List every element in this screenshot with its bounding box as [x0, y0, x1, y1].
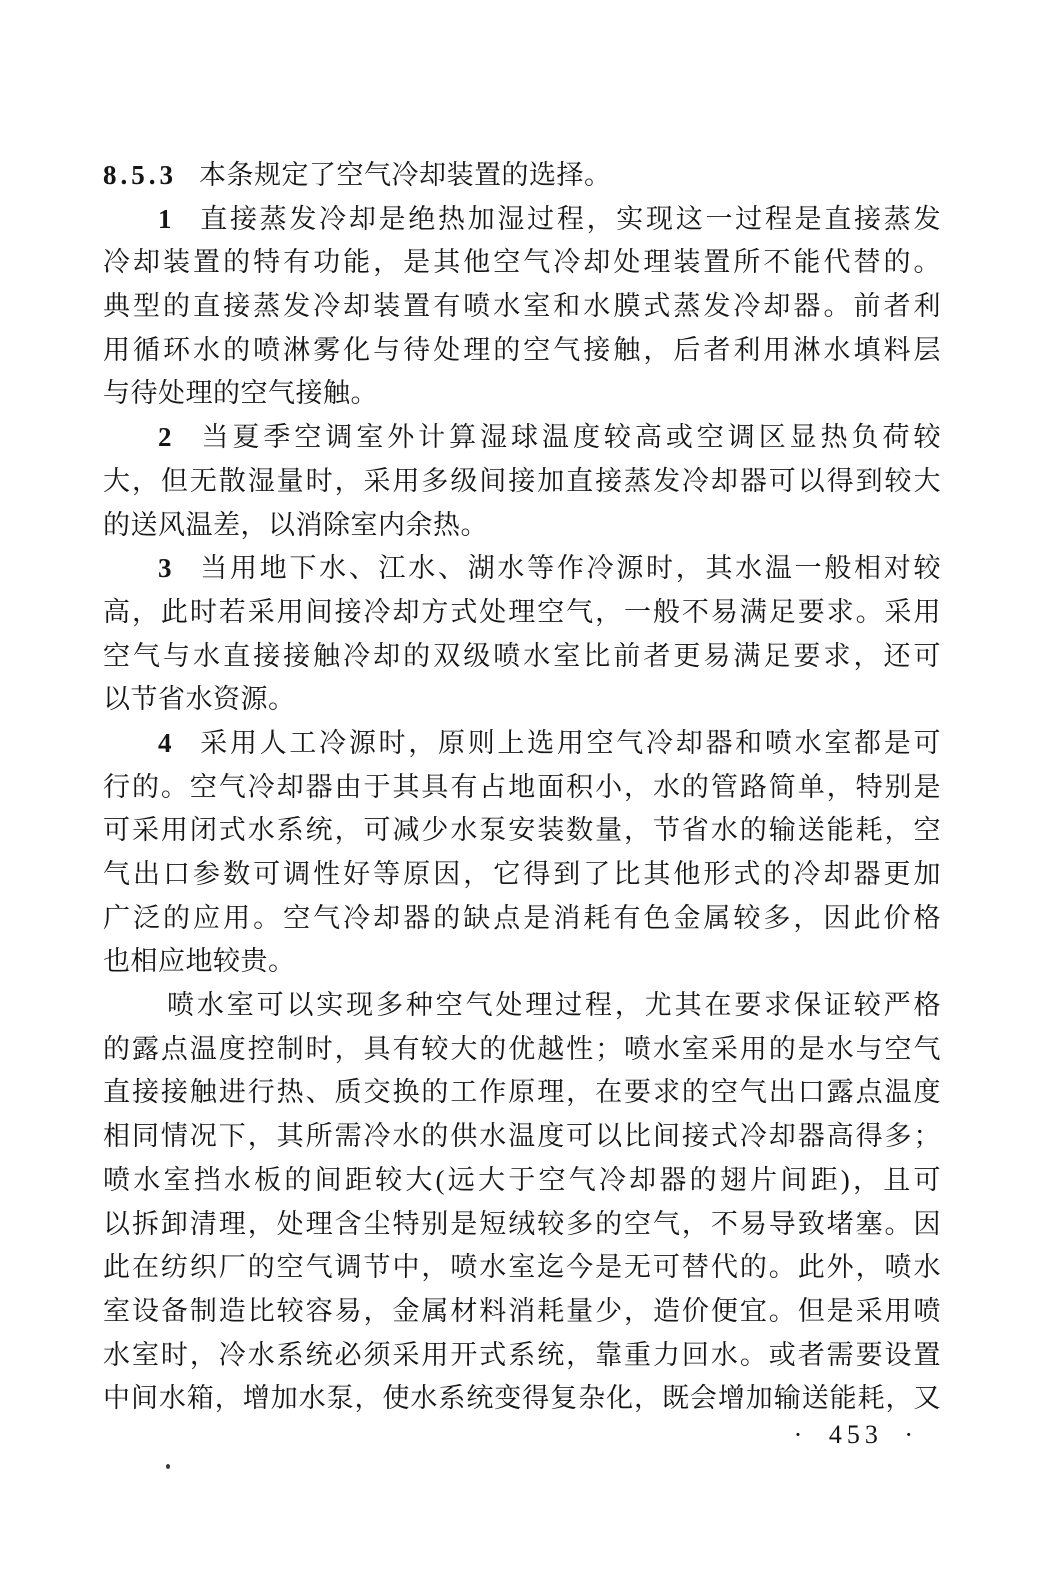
text-line: 大，但无散湿量时，采用多级间接加直接蒸发冷却器可以得到较大	[103, 460, 941, 504]
text-line: 喷水室挡水板的间距较大(远大于空气冷却器的翅片间距)，且可	[103, 1159, 941, 1203]
text-line: 气出口参数可调性好等原因，它得到了比其他形式的冷却器更加	[103, 853, 941, 897]
line-text: 直接接触进行热、质交换的工作原理，在要求的空气出口露点温度	[103, 1077, 941, 1107]
line-text: 以节省水资源。	[103, 684, 296, 714]
page-number: · 453 ·	[794, 1420, 918, 1450]
line-text: 行的。空气冷却器由于其具有占地面积小，水的管路简单，特别是	[103, 772, 941, 802]
line-text: 的露点温度控制时，具有较大的优越性；喷水室采用的是水与空气	[103, 1034, 941, 1064]
text-line: 室设备制造比较容易，金属材料消耗量少，造价便宜。但是采用喷	[103, 1290, 941, 1334]
text-line: 2当夏季空调室外计算湿球温度较高或空调区显热负荷较	[103, 416, 941, 460]
text-line: 此在纺织厂的空气调节中，喷水室迄今是无可替代的。此外，喷水	[103, 1246, 941, 1290]
text-line: 以节省水资源。	[103, 678, 941, 722]
line-text: 喷水室可以实现多种空气处理过程，尤其在要求保证较严格	[167, 990, 941, 1020]
text-line: 直接接触进行热、质交换的工作原理，在要求的空气出口露点温度	[103, 1071, 941, 1115]
text-line: 水室时，冷水系统必须采用开式系统，靠重力回水。或者需要设置	[103, 1334, 941, 1378]
line-text: 当用地下水、江水、湖水等作冷源时，其水温一般相对较	[198, 553, 941, 583]
item-number: 2	[158, 422, 172, 452]
line-text: 高，此时若采用间接冷却方式处理空气，一般不易满足要求。采用	[103, 597, 941, 627]
line-text: 广泛的应用。空气冷却器的缺点是消耗有色金属较多，因此价格	[103, 903, 941, 933]
item-number: 4	[158, 728, 172, 758]
text-line: 冷却装置的特有功能，是其他空气冷却处理装置所不能代替的。	[103, 241, 941, 285]
line-text: 此在纺织厂的空气调节中，喷水室迄今是无可替代的。此外，喷水	[103, 1252, 941, 1282]
line-text: 空气与水直接接触冷却的双级喷水室比前者更易满足要求，还可	[103, 641, 941, 671]
text-line: 可采用闭式水系统，可减少水泵安装数量，节省水的输送能耗，空	[103, 809, 941, 853]
line-text: 采用人工冷源时，原则上选用空气冷却器和喷水室都是可	[198, 728, 941, 758]
text-line: 以拆卸清理，处理含尘特别是短绒较多的空气，不易导致堵塞。因	[103, 1203, 941, 1247]
text-line: 中间水箱，增加水泵，使水系统变得复杂化，既会增加输送能耗，又	[103, 1377, 941, 1421]
text-line: 1直接蒸发冷却是绝热加湿过程，实现这一过程是直接蒸发	[103, 198, 941, 242]
line-text: 当夏季空调室外计算湿球温度较高或空调区显热负荷较	[198, 422, 941, 452]
line-text: 大，但无散湿量时，采用多级间接加直接蒸发冷却器可以得到较大	[103, 466, 941, 496]
section-heading-line: 8.5.3本条规定了空气冷却装置的选择。	[103, 154, 941, 198]
line-text: 与待处理的空气接触。	[103, 378, 378, 408]
line-text: 直接蒸发冷却是绝热加湿过程，实现这一过程是直接蒸发	[198, 204, 941, 234]
line-text: 本条规定了空气冷却装置的选择。	[199, 160, 612, 190]
line-text: 气出口参数可调性好等原因，它得到了比其他形式的冷却器更加	[103, 859, 941, 889]
scan-speck	[166, 1464, 170, 1469]
line-text: 水室时，冷水系统必须采用开式系统，靠重力回水。或者需要设置	[103, 1340, 941, 1370]
line-text: 的送风温差，以消除室内余热。	[103, 510, 488, 540]
section-number: 8.5.3	[103, 160, 177, 190]
text-line: 也相应地较贵。	[103, 940, 941, 984]
text-line: 4采用人工冷源时，原则上选用空气冷却器和喷水室都是可	[103, 722, 941, 766]
line-text: 喷水室挡水板的间距较大(远大于空气冷却器的翅片间距)，且可	[103, 1165, 941, 1195]
text-line: 与待处理的空气接触。	[103, 372, 941, 416]
text-line: 相同情况下，其所需冷水的供水温度可以比间接式冷却器高得多；	[103, 1115, 941, 1159]
line-text: 以拆卸清理，处理含尘特别是短绒较多的空气，不易导致堵塞。因	[103, 1209, 941, 1239]
line-text: 相同情况下，其所需冷水的供水温度可以比间接式冷却器高得多；	[103, 1121, 941, 1151]
line-text: 也相应地较贵。	[103, 946, 296, 976]
item-number: 3	[158, 553, 172, 583]
text-line: 喷水室可以实现多种空气处理过程，尤其在要求保证较严格	[103, 984, 941, 1028]
item-number: 1	[158, 204, 172, 234]
line-text: 可采用闭式水系统，可减少水泵安装数量，节省水的输送能耗，空	[103, 815, 941, 845]
line-text: 用循环水的喷淋雾化与待处理的空气接触，后者利用淋水填料层	[103, 335, 941, 365]
line-text: 典型的直接蒸发冷却装置有喷水室和水膜式蒸发冷却器。前者利	[103, 291, 941, 321]
text-line: 行的。空气冷却器由于其具有占地面积小，水的管路简单，特别是	[103, 766, 941, 810]
text-line: 典型的直接蒸发冷却装置有喷水室和水膜式蒸发冷却器。前者利	[103, 285, 941, 329]
text-block: 8.5.3本条规定了空气冷却装置的选择。1直接蒸发冷却是绝热加湿过程，实现这一过…	[103, 154, 941, 1421]
text-line: 的送风温差，以消除室内余热。	[103, 504, 941, 548]
text-line: 用循环水的喷淋雾化与待处理的空气接触，后者利用淋水填料层	[103, 329, 941, 373]
line-text: 室设备制造比较容易，金属材料消耗量少，造价便宜。但是采用喷	[103, 1296, 941, 1326]
line-text: 中间水箱，增加水泵，使水系统变得复杂化，既会增加输送能耗，又	[103, 1383, 941, 1413]
line-text: 冷却装置的特有功能，是其他空气冷却处理装置所不能代替的。	[103, 247, 941, 277]
text-line: 空气与水直接接触冷却的双级喷水室比前者更易满足要求，还可	[103, 635, 941, 679]
scanned-document-page: { "document": { "lines": [ { "t": "headi…	[0, 0, 1058, 1586]
text-line: 高，此时若采用间接冷却方式处理空气，一般不易满足要求。采用	[103, 591, 941, 635]
text-line: 3当用地下水、江水、湖水等作冷源时，其水温一般相对较	[103, 547, 941, 591]
text-line: 广泛的应用。空气冷却器的缺点是消耗有色金属较多，因此价格	[103, 897, 941, 941]
text-line: 的露点温度控制时，具有较大的优越性；喷水室采用的是水与空气	[103, 1028, 941, 1072]
